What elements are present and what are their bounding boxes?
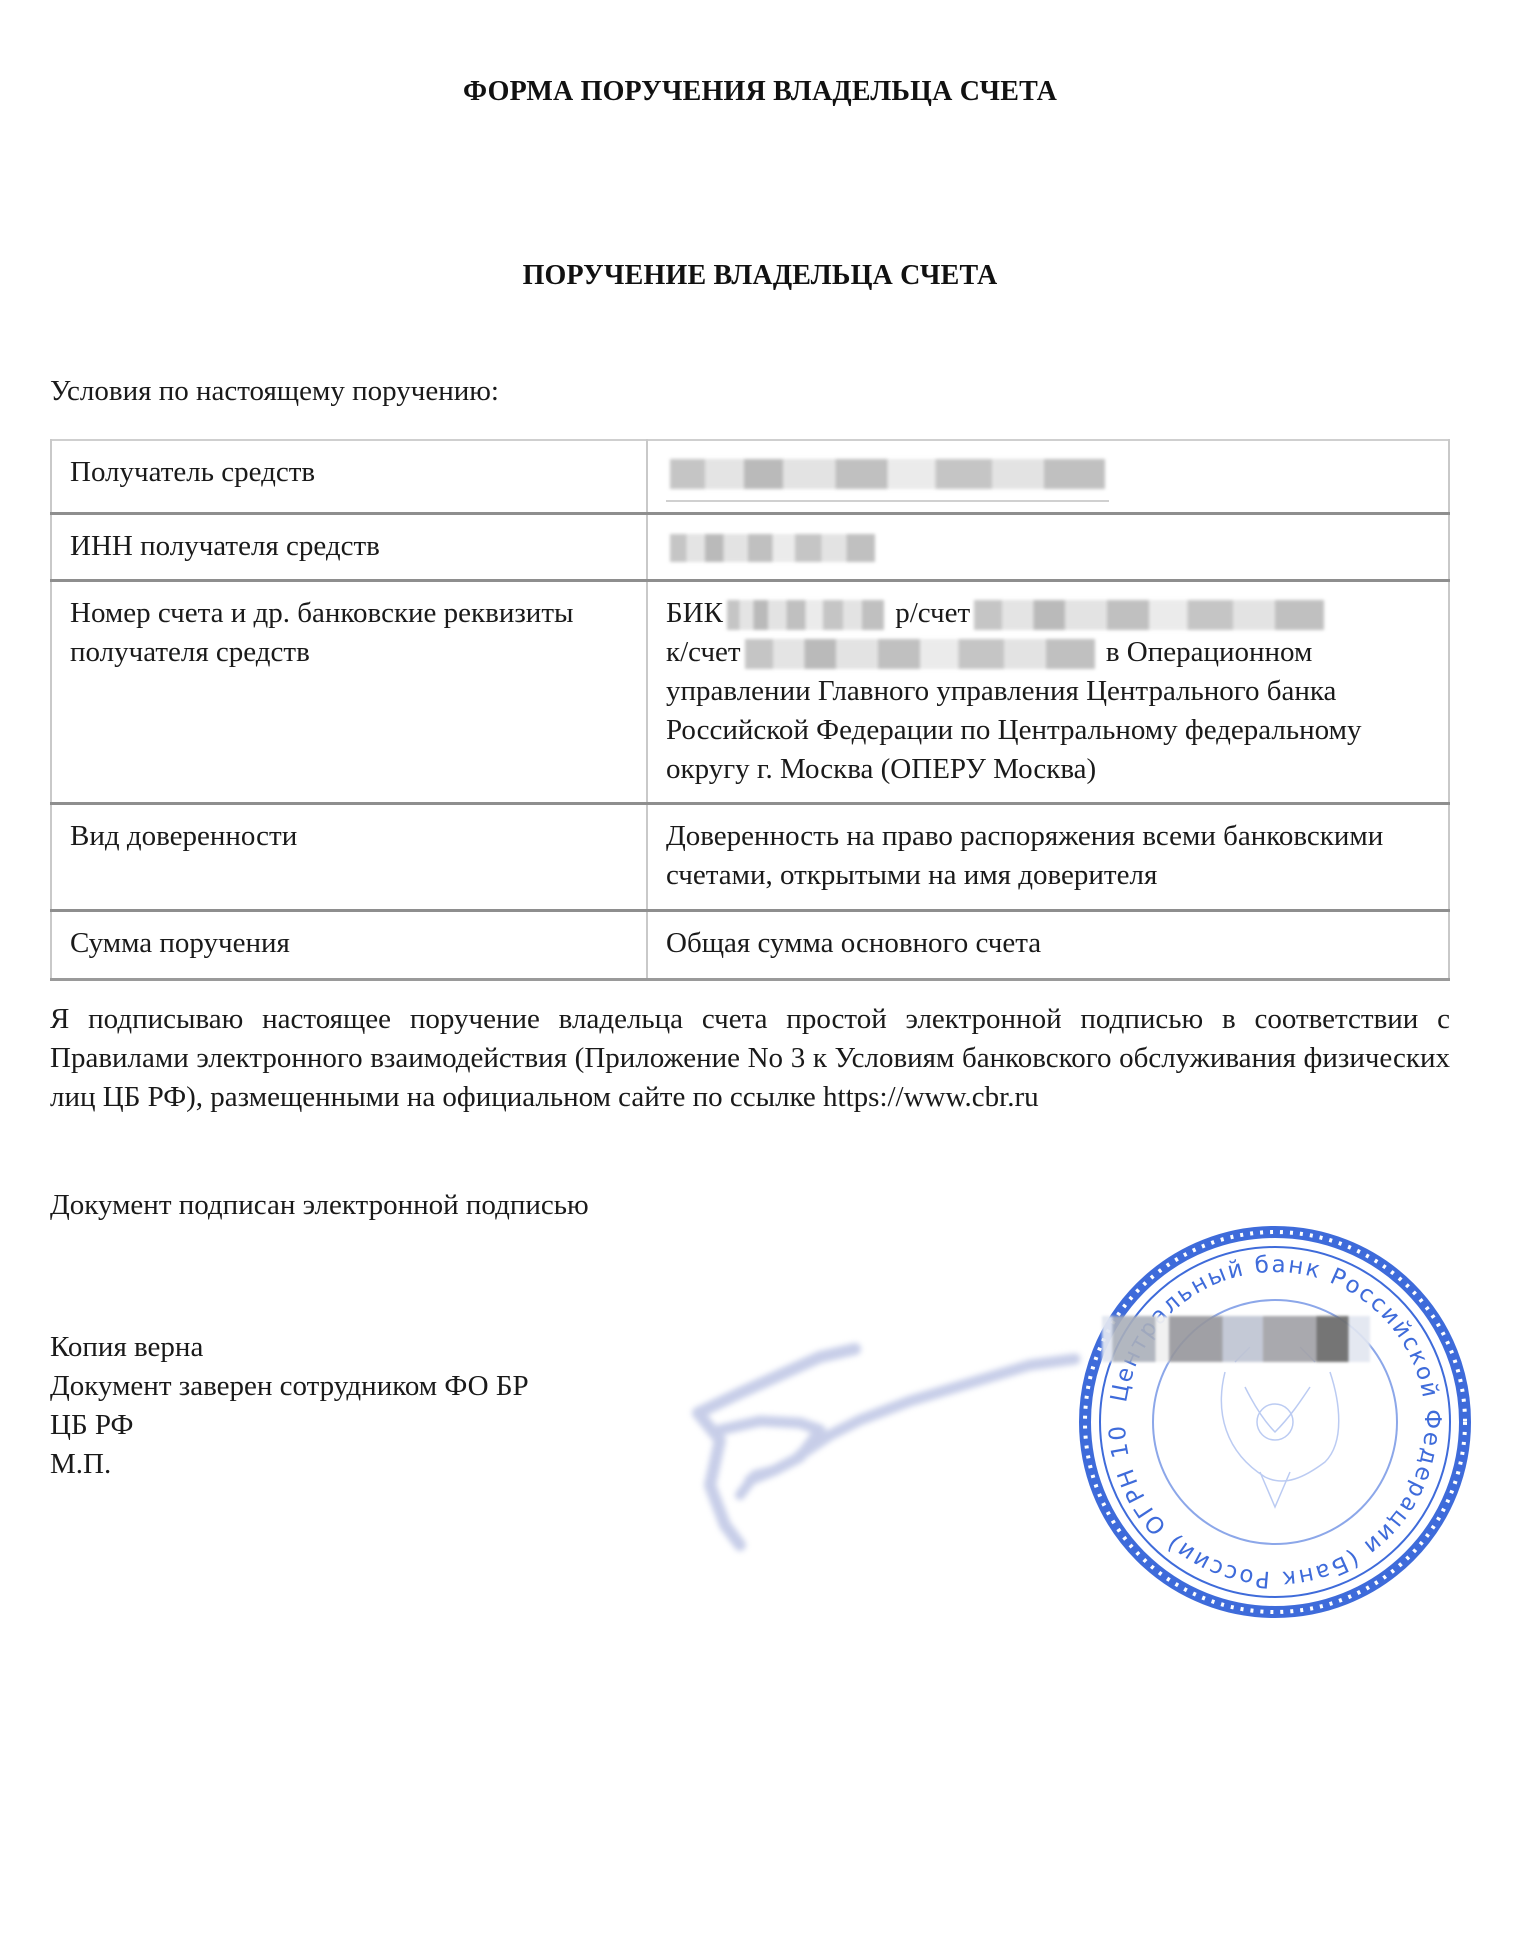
inn-value	[647, 514, 1449, 581]
poa-type-value: Доверенность на право распоряжения всеми…	[647, 804, 1449, 911]
redacted-settlement-account	[974, 600, 1324, 630]
conditions-intro: Условия по настоящему поручению:	[50, 372, 499, 411]
document-title: ПОРУЧЕНИЕ ВЛАДЕЛЬЦА СЧЕТА	[0, 260, 1520, 292]
amount-value: Общая сумма основного счета	[647, 911, 1449, 980]
table-row: Получатель средств	[51, 440, 1449, 514]
rs-label: р/счет	[895, 597, 970, 629]
recipient-label: Получатель средств	[51, 440, 647, 514]
redacted-stamp-name	[1102, 1316, 1370, 1362]
recipient-value	[647, 440, 1449, 514]
redacted-inn	[670, 534, 875, 562]
amount-label: Сумма поручения	[51, 911, 647, 980]
bik-label: БИК	[666, 597, 723, 629]
signature-statement: Я подписываю настоящее поручение владель…	[50, 1000, 1450, 1117]
certification-line: ЦБ РФ	[50, 1406, 529, 1445]
table-row: Номер счета и др. банковские реквизиты п…	[51, 581, 1449, 804]
poa-type-label: Вид доверенности	[51, 804, 647, 911]
certification-block: Копия верна Документ заверен сотрудником…	[50, 1328, 529, 1484]
inn-label: ИНН получателя средств	[51, 514, 647, 581]
table-row: Сумма поручения Общая сумма основного сч…	[51, 911, 1449, 980]
certification-line: Копия верна	[50, 1328, 529, 1367]
signed-note: Документ подписан электронной подписью	[50, 1186, 589, 1225]
redacted-bik	[727, 600, 884, 630]
bank-details-label: Номер счета и др. банковские реквизиты п…	[51, 581, 647, 804]
ks-label: к/счет	[666, 636, 741, 668]
stamp-seal-icon: Центральный банк Российской Федерации (Б…	[1075, 1222, 1475, 1622]
certification-line: Документ заверен сотрудником ФО БР	[50, 1367, 529, 1406]
redacted-recipient-name	[670, 459, 1105, 489]
certification-line: М.П.	[50, 1445, 529, 1484]
signature-icon	[680, 1335, 1100, 1575]
conditions-table: Получатель средств ИНН получателя средст…	[50, 439, 1450, 981]
table-row: Вид доверенности Доверенность на право р…	[51, 804, 1449, 911]
redacted-correspondent-account	[745, 639, 1095, 669]
table-row: ИНН получателя средств	[51, 514, 1449, 581]
form-title: ФОРМА ПОРУЧЕНИЯ ВЛАДЕЛЬЦА СЧЕТА	[0, 76, 1520, 108]
bank-details-value: БИК р/счет к/счет в Операционном управле…	[647, 581, 1449, 804]
